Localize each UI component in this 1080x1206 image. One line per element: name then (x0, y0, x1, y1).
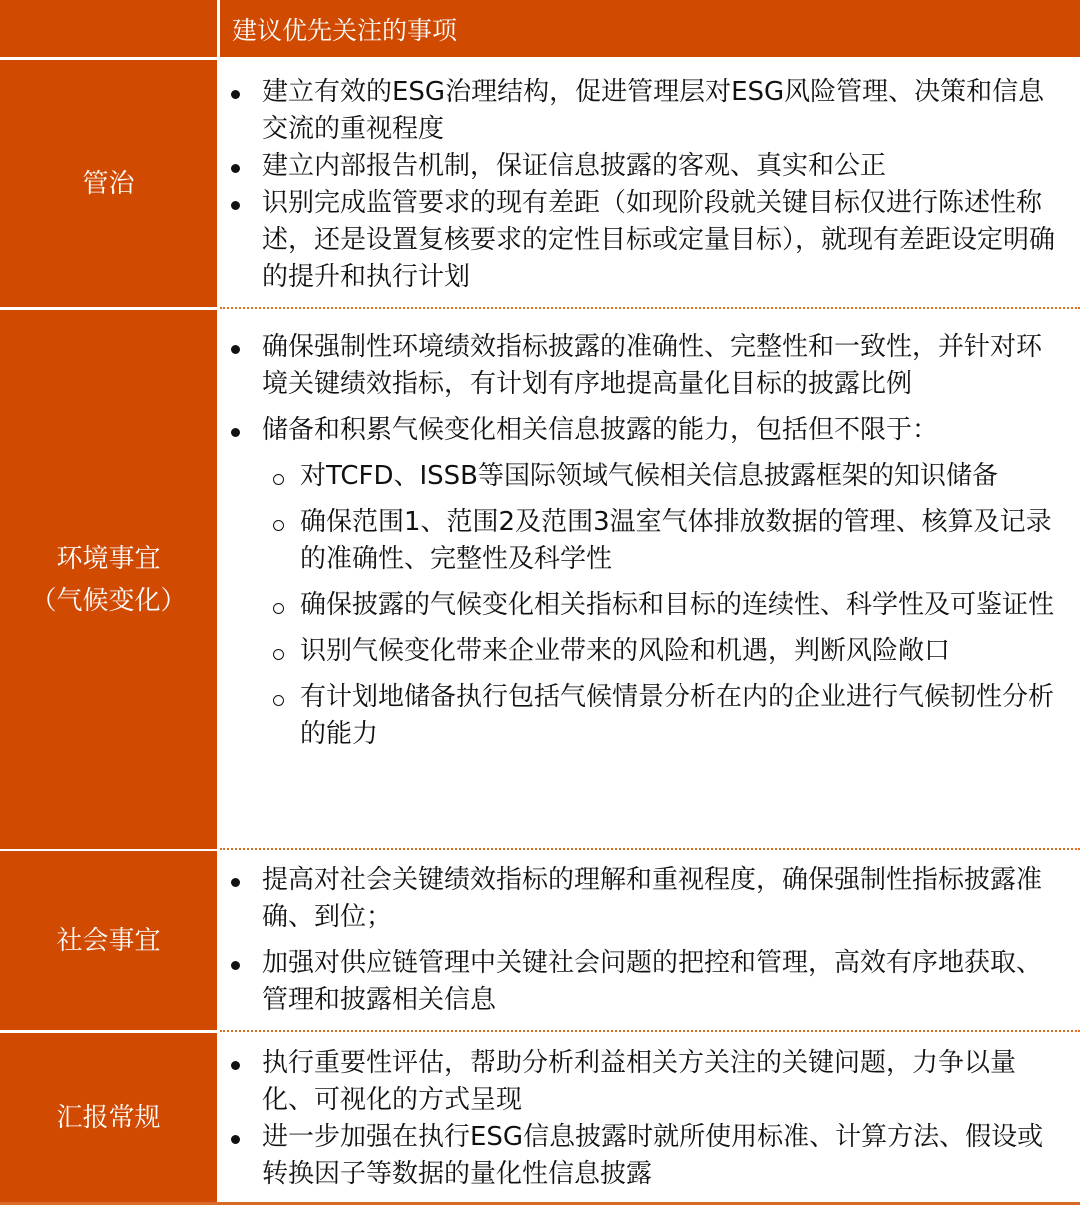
bullet-icon (231, 345, 240, 354)
category-label: 汇报常规 (56, 1097, 160, 1139)
row-divider (220, 848, 1080, 850)
item-text: 确保范围1、范围2及范围3温室气体排放数据的管理、核算及记录的准确性、完整性及科… (300, 507, 1052, 574)
list-item: 建立内部报告机制，保证信息披露的客观、真实和公正 (220, 148, 1066, 185)
sub-list-item: 确保披露的气候变化相关指标和目标的连续性、科学性及可鉴证性 (220, 587, 1066, 624)
recommendation-table: 建议优先关注的事项 管治 建立有效的ESG治理结构，促进管理层对ESG风险管理、… (0, 0, 1080, 1206)
header-title-cell: 建议优先关注的事项 (220, 0, 1080, 57)
bullet-icon (231, 90, 240, 99)
content-cell-social: 提高对社会关键绩效指标的理解和重视程度，确保强制性指标披露准确、到位； 加强对供… (220, 851, 1080, 1030)
item-text: 执行重要性评估，帮助分析利益相关方关注的关键问题，力争以量化、可视化的方式呈现 (262, 1048, 1016, 1115)
item-text: 确保披露的气候变化相关指标和目标的连续性、科学性及可鉴证性 (300, 590, 1054, 620)
list-item: 执行重要性评估，帮助分析利益相关方关注的关键问题，力争以量化、可视化的方式呈现 (220, 1045, 1066, 1119)
row-divider (220, 1030, 1080, 1032)
bullet-icon (231, 878, 240, 887)
header-title: 建议优先关注的事项 (232, 11, 457, 47)
content-cell-governance: 建立有效的ESG治理结构，促进管理层对ESG风险管理、决策和信息交流的重视程度 … (220, 60, 1080, 307)
bullet-icon (231, 164, 240, 173)
sub-list-item: 有计划地储备执行包括气候情景分析在内的企业进行气候韧性分析的能力 (220, 679, 1066, 753)
category-sublabel: （气候变化） (30, 580, 186, 622)
table-bottom-border (0, 1202, 1080, 1205)
row-divider (220, 307, 1080, 309)
item-text: 有计划地储备执行包括气候情景分析在内的企业进行气候韧性分析的能力 (300, 682, 1054, 749)
category-cell-environment: 环境事宜 （气候变化） (0, 310, 217, 849)
item-text: 识别气候变化带来企业带来的风险和机遇，判断风险敞口 (300, 636, 950, 666)
table-header-row: 建议优先关注的事项 (0, 0, 1080, 57)
category-cell-governance: 管治 (0, 60, 217, 307)
bullet-icon (231, 1061, 240, 1070)
bullet-icon (231, 1135, 240, 1144)
sub-list-item: 识别气候变化带来企业带来的风险和机遇，判断风险敞口 (220, 633, 1066, 670)
item-text: 建立内部报告机制，保证信息披露的客观、真实和公正 (262, 151, 886, 181)
header-category-cell (0, 0, 217, 57)
content-cell-reporting: 执行重要性评估，帮助分析利益相关方关注的关键问题，力争以量化、可视化的方式呈现 … (220, 1033, 1080, 1203)
content-cell-environment: 确保强制性环境绩效指标披露的准确性、完整性和一致性，并针对环境关键绩效指标，有计… (220, 310, 1080, 849)
table-row-social: 社会事宜 提高对社会关键绩效指标的理解和重视程度，确保强制性指标披露准确、到位；… (0, 851, 1080, 1030)
item-text: 识别完成监管要求的现有差距（如现阶段就关键目标仅进行陈述性称述，还是设置复核要求… (262, 188, 1055, 292)
sub-list-item: 确保范围1、范围2及范围3温室气体排放数据的管理、核算及记录的准确性、完整性及科… (220, 504, 1066, 578)
item-text: 对TCFD、ISSB等国际领域气候相关信息披露框架的知识储备 (300, 461, 998, 491)
hollow-bullet-icon (273, 474, 284, 485)
list-item: 进一步加强在执行ESG信息披露时就所使用标准、计算方法、假设或转换因子等数据的量… (220, 1119, 1066, 1193)
list-item: 储备和积累气候变化相关信息披露的能力，包括但不限于： (220, 412, 1066, 449)
category-label: 管治 (82, 163, 134, 205)
category-cell-reporting: 汇报常规 (0, 1033, 217, 1203)
table-row-reporting: 汇报常规 执行重要性评估，帮助分析利益相关方关注的关键问题，力争以量化、可视化的… (0, 1033, 1080, 1203)
bullet-icon (231, 428, 240, 437)
sub-list-item: 对TCFD、ISSB等国际领域气候相关信息披露框架的知识储备 (220, 458, 1066, 495)
category-label: 社会事宜 (56, 920, 160, 962)
hollow-bullet-icon (273, 695, 284, 706)
hollow-bullet-icon (273, 603, 284, 614)
table-row-governance: 管治 建立有效的ESG治理结构，促进管理层对ESG风险管理、决策和信息交流的重视… (0, 60, 1080, 307)
item-text: 确保强制性环境绩效指标披露的准确性、完整性和一致性，并针对环境关键绩效指标，有计… (262, 332, 1042, 399)
list-item: 提高对社会关键绩效指标的理解和重视程度，确保强制性指标披露准确、到位； (220, 862, 1066, 936)
item-text: 提高对社会关键绩效指标的理解和重视程度，确保强制性指标披露准确、到位； (262, 865, 1042, 932)
item-text: 进一步加强在执行ESG信息披露时就所使用标准、计算方法、假设或转换因子等数据的量… (262, 1122, 1043, 1189)
list-item: 确保强制性环境绩效指标披露的准确性、完整性和一致性，并针对环境关键绩效指标，有计… (220, 329, 1066, 403)
item-text: 加强对供应链管理中关键社会问题的把控和管理，高效有序地获取、管理和披露相关信息 (262, 948, 1042, 1015)
list-item: 识别完成监管要求的现有差距（如现阶段就关键目标仅进行陈述性称述，还是设置复核要求… (220, 185, 1066, 296)
category-cell-social: 社会事宜 (0, 851, 217, 1030)
bullet-icon (231, 201, 240, 210)
hollow-bullet-icon (273, 649, 284, 660)
category-label: 环境事宜 (56, 538, 160, 580)
list-item: 建立有效的ESG治理结构，促进管理层对ESG风险管理、决策和信息交流的重视程度 (220, 74, 1066, 148)
item-text: 建立有效的ESG治理结构，促进管理层对ESG风险管理、决策和信息交流的重视程度 (262, 77, 1044, 144)
list-item: 加强对供应链管理中关键社会问题的把控和管理，高效有序地获取、管理和披露相关信息 (220, 945, 1066, 1019)
table-row-environment: 环境事宜 （气候变化） 确保强制性环境绩效指标披露的准确性、完整性和一致性，并针… (0, 310, 1080, 849)
item-text: 储备和积累气候变化相关信息披露的能力，包括但不限于： (262, 415, 938, 445)
hollow-bullet-icon (273, 520, 284, 531)
bullet-icon (231, 961, 240, 970)
